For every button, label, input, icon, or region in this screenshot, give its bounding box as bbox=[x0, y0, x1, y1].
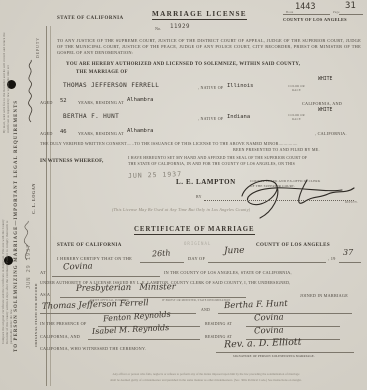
joined-label: JOINED IN MARRIAGE bbox=[300, 293, 348, 298]
marriage-license-document: DEPUTY By mail, send with fee to the Rec… bbox=[0, 0, 367, 390]
license-no-label: No. bbox=[155, 26, 161, 31]
certify-label: I HEREBY CERTIFY THAT ON THE bbox=[57, 256, 132, 261]
groom-residence: Alhambra bbox=[127, 97, 154, 103]
groom-state-suffix: CALIFORNIA, AND bbox=[302, 101, 342, 106]
and-label: AND bbox=[201, 308, 210, 312]
addressee-paragraph: TO ANY JUSTICE OF THE SUPREME COURT, JUS… bbox=[57, 38, 361, 56]
groom-name: THOMAS JEFFERSON FERRELL bbox=[63, 82, 159, 89]
bride-age: 46 bbox=[60, 129, 67, 135]
ceremony-month: June bbox=[224, 246, 245, 257]
margin-deputy-label: DEPUTY bbox=[36, 37, 40, 58]
at-label: AT bbox=[40, 270, 46, 275]
place-suffix: IN THE COUNTY OF LOS ANGELES, STATE OF C… bbox=[164, 270, 292, 275]
witness2-residence: Covina bbox=[254, 325, 284, 336]
witness1-name: Fenton Reynolds bbox=[103, 310, 171, 324]
bride-aged-label: AGED bbox=[40, 131, 53, 136]
bride-state-suffix: , CALIFORNIA. bbox=[315, 131, 347, 136]
footnote-line-1: Any officer or person who fails, neglect… bbox=[55, 372, 357, 376]
original-stamp: ORIGINAL bbox=[184, 241, 211, 246]
officiant-signature: Rev. a. D. Elliott bbox=[224, 337, 302, 351]
groom-race: WHITE bbox=[318, 77, 332, 82]
signature-caption: SIGNATURE OF PERSON SOLEMNIZING MARRIAGE… bbox=[233, 354, 315, 358]
deputy-caption: DEPUTY. bbox=[345, 201, 358, 204]
footnote-line-2: shall be deemed guilty of a misdemeanor … bbox=[55, 378, 357, 382]
groom-residing-label: YEARS, RESIDING AT bbox=[78, 100, 124, 105]
ceremony-day: 26th bbox=[152, 249, 171, 259]
groom-native: Illinois bbox=[227, 83, 254, 89]
book-number: 1443 bbox=[295, 2, 315, 12]
margin-recorder-stamp: C. L. LOGAN bbox=[31, 183, 36, 214]
license-state-label: STATE OF CALIFORNIA bbox=[57, 16, 124, 21]
day-of-label: DAY OF bbox=[188, 256, 205, 261]
consent-line-2: BEEN PRESENTED TO AND FILED BY ME. bbox=[233, 147, 320, 152]
ceremony-place: Covina bbox=[63, 261, 93, 272]
witness1-residence: Covina bbox=[254, 312, 284, 323]
bride-residence: Alhambra bbox=[127, 128, 154, 134]
consent-line: THE DULY VERIFIED WRITTEN CONSENT......T… bbox=[40, 141, 298, 146]
witnessed-line: CALIFORNIA, WHO WITNESSED THE CEREMONY. bbox=[40, 346, 146, 351]
margin-filed-stamp: ORIGINAL FILED FOR RECORD bbox=[34, 283, 38, 347]
authorization-line-1: YOU ARE HEREBY AUTHORIZED AND LICENSED T… bbox=[66, 62, 300, 67]
margin-deputy-scribble bbox=[22, 58, 40, 124]
certificate-title: CERTIFICATE OF MARRIAGE bbox=[134, 226, 255, 235]
groom-age: 52 bbox=[60, 98, 67, 104]
witness-line-1: I HAVE HEREUNTO SET MY HAND AND AFFIXED … bbox=[128, 156, 307, 160]
california-and-label: CALIFORNIA, AND bbox=[40, 334, 80, 339]
official-position: Presbyterian Minister bbox=[76, 282, 176, 294]
bride-native-label: , NATIVE OF bbox=[198, 116, 223, 121]
license-date-stamp: JUN 25 1937 bbox=[128, 170, 182, 180]
bride-color-label: COLOR OR RACE bbox=[287, 113, 306, 121]
clerk-signature-flourish bbox=[212, 168, 360, 220]
margin-divider-line bbox=[46, 26, 47, 386]
by-label: BY bbox=[196, 195, 202, 199]
groom-color-label: COLOR OR RACE bbox=[287, 84, 306, 92]
groom-signature: Thomas Jefferson Ferrell bbox=[42, 298, 149, 312]
bride-name: BERTHA F. HUNT bbox=[63, 113, 119, 120]
position-caption-2: IF PRIEST OR MINISTER, STATE DENOMINATIO… bbox=[162, 299, 231, 302]
license-county-label: COUNTY OF LOS ANGELES bbox=[283, 17, 347, 22]
bride-race: WHITE bbox=[318, 108, 332, 113]
bride-residing-label: YEARS, RESIDING AT bbox=[78, 131, 124, 136]
witness-line-2: THE STATE OF CALIFORNIA, IN AND FOR THE … bbox=[128, 162, 295, 166]
margin-stamp-scribble bbox=[17, 220, 37, 262]
margin-instructions-bottom: Compare the original certificate and the… bbox=[1, 206, 13, 344]
margin-instructions-top: By mail, send with fee to the Recorder a… bbox=[2, 27, 10, 133]
bride-native: Indiana bbox=[227, 114, 250, 120]
page-number: 31 bbox=[345, 1, 356, 11]
authorization-line-2: THE MARRIAGE OF bbox=[76, 70, 128, 75]
year-prefix: , 19 bbox=[328, 256, 336, 261]
in-witness-whereof-label: IN WITNESS WHEREOF, bbox=[40, 158, 104, 164]
presence-label: IN THE PRESENCE OF bbox=[40, 321, 86, 326]
margin-divider-line-2 bbox=[50, 26, 51, 386]
ceremony-year: 37 bbox=[343, 248, 353, 257]
groom-aged-label: AGED bbox=[40, 100, 53, 105]
usage-note: (This License May Be Used at Any Time Bu… bbox=[112, 207, 250, 212]
as-a-label: AS A bbox=[40, 292, 50, 297]
witness1-residing-label: RESIDING AT bbox=[205, 321, 232, 326]
certificate-county-label: COUNTY OF LOS ANGELES bbox=[256, 243, 330, 248]
groom-native-label: , NATIVE OF bbox=[198, 85, 223, 90]
document-title: MARRIAGE LICENSE bbox=[152, 10, 247, 20]
bride-signature: Bertha F. Hunt bbox=[224, 299, 288, 311]
license-number: 11929 bbox=[170, 24, 190, 30]
witness2-name: Isabel M. Reynolds bbox=[92, 323, 170, 336]
certificate-state-label: STATE OF CALIFORNIA bbox=[57, 243, 122, 248]
